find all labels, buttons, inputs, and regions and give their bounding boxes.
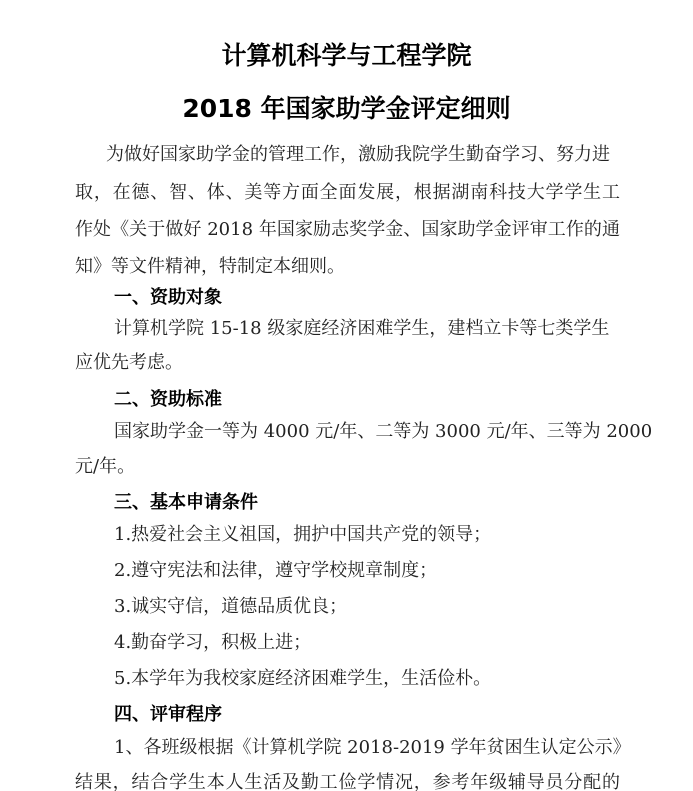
section-1-line-2: 应优先考虑。 [75,351,183,375]
intro-line-3: 作处《关于做好 2018 年国家励志奖学金、国家助学金评审工作的通 [75,218,620,242]
section-3-line-3: 3.诚实守信，道德品质优良； [114,595,347,619]
intro-line-1: 为做好国家助学金的管理工作，激励我院学生勤奋学习、努力进 [106,143,610,167]
section-3-line-2: 2.遵守宪法和法律，遵守学校规章制度； [114,559,437,583]
document-title-line-2: 2018 年国家助学金评定细则 [0,89,693,125]
section-heading-4: 四、评审程序 [114,703,222,727]
intro-line-2: 取，在德、智、体、美等方面全面发展，根据湖南科技大学学生工 [75,181,620,205]
section-3-line-4: 4.勤奋学习，积极上进； [114,631,311,655]
intro-line-4: 知》等文件精神，特制定本细则。 [75,255,345,279]
document-title-line-1: 计算机科学与工程学院 [0,36,693,72]
section-2-line-2: 元/年。 [75,455,135,479]
section-2-line-1: 国家助学金一等为 4000 元/年、二等为 3000 元/年、三等为 2000 [114,420,652,444]
section-heading-1: 一、资助对象 [114,286,222,310]
section-4-line-1: 1、各班级根据《计算机学院 2018-2019 学年贫困生认定公示》 [114,736,631,760]
section-3-line-1: 1.热爱社会主义祖国，拥护中国共产党的领导； [114,523,491,547]
section-4-line-2: 结果，结合学生本人生活及勤工俭学情况，参考年级辅导员分配的 [75,771,620,791]
section-1-line-1: 计算机学院 15-18 级家庭经济困难学生，建档立卡等七类学生 [114,317,609,341]
section-3-line-5: 5.本学年为我校家庭经济困难学生，生活俭朴。 [114,667,491,691]
section-heading-2: 二、资助标准 [114,388,222,412]
section-heading-3: 三、基本申请条件 [114,491,258,515]
